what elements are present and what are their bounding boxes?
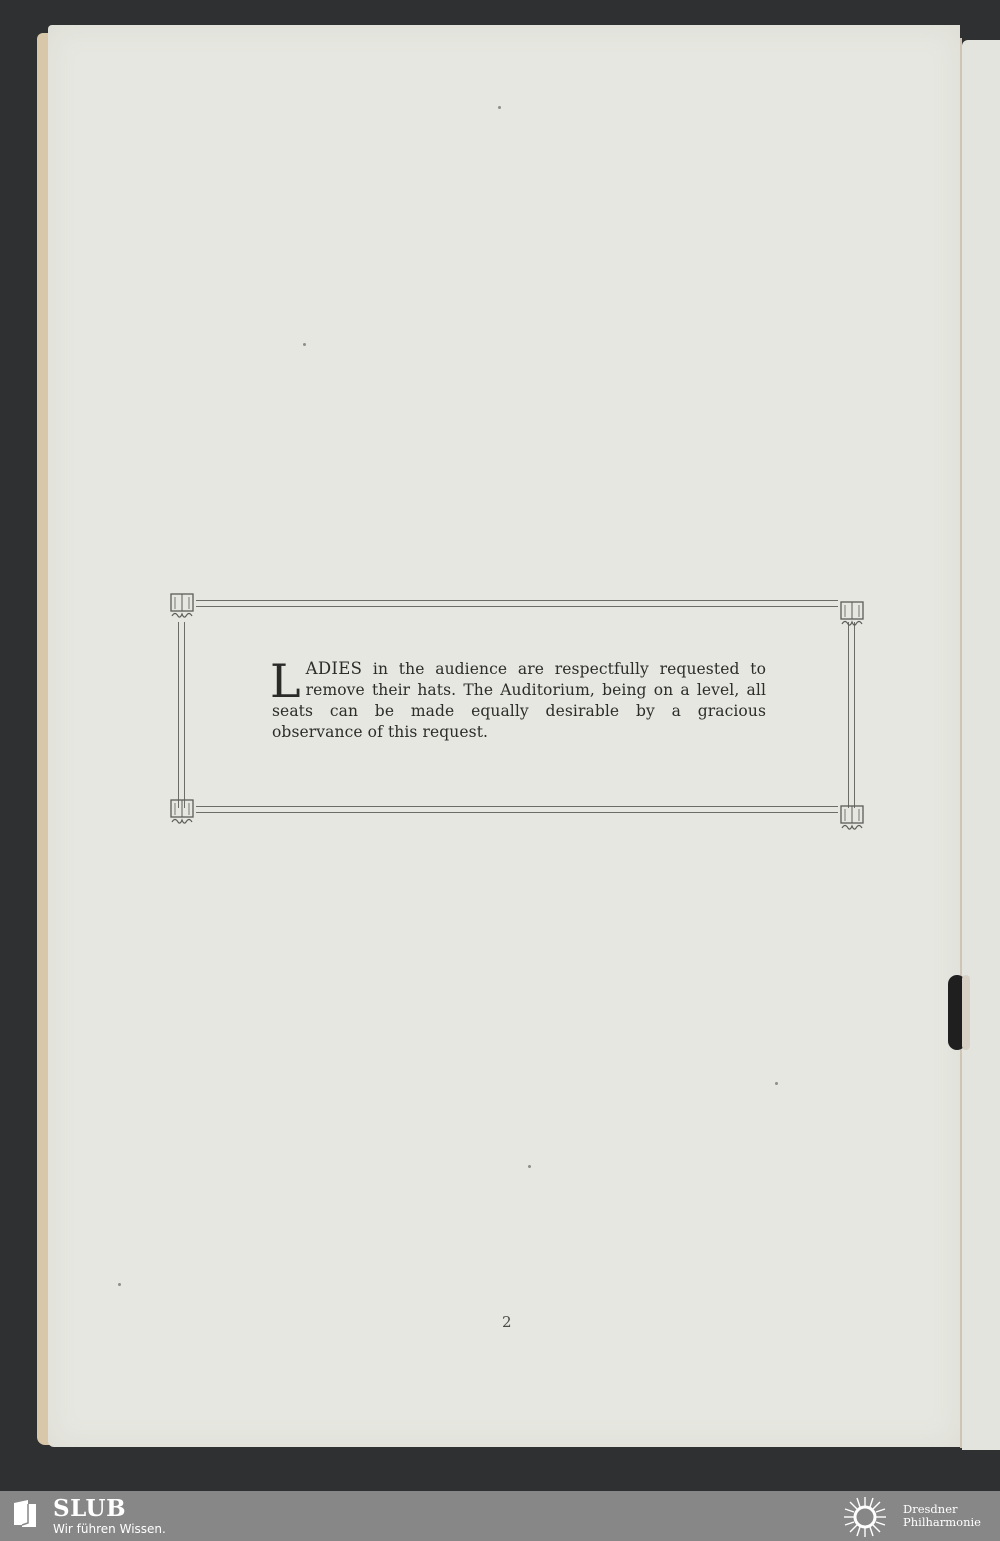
paper-speck	[118, 1283, 121, 1286]
dresdner-philharmonie-sun-icon[interactable]	[842, 1495, 888, 1539]
frame-right-rule	[848, 622, 855, 808]
binding-damage	[948, 975, 966, 1050]
book-ornament-icon	[838, 804, 866, 834]
drop-cap: L	[270, 662, 301, 700]
scan-viewer: LADIES in the audience are respectfully …	[0, 0, 1000, 1491]
notice-lead-word: ADIES	[306, 659, 363, 678]
facing-page-edge	[962, 40, 1000, 1450]
frame-left-rule	[178, 622, 185, 808]
slub-tagline: Wir führen Wissen.	[53, 1522, 166, 1536]
book-ornament-icon	[168, 592, 196, 622]
paper-speck	[775, 1082, 778, 1085]
paper-speck	[303, 343, 306, 346]
paper-speck	[498, 106, 501, 109]
frame-top-rule	[196, 600, 838, 607]
slub-book-icon[interactable]	[12, 1499, 40, 1529]
page-number: 2	[502, 1313, 512, 1331]
book-ornament-icon	[168, 798, 196, 828]
notice-paragraph: LADIES in the audience are respectfully …	[272, 658, 766, 743]
dresdner-philharmonie-name[interactable]: Dresdner Philharmonie	[903, 1503, 981, 1529]
dp-name-line2: Philharmonie	[903, 1516, 981, 1529]
frame-bottom-rule	[196, 806, 838, 813]
slub-name[interactable]: SLUB	[53, 1495, 126, 1522]
footer-bar: SLUB Wir führen Wissen. Dresdner Philhar…	[0, 1491, 1000, 1541]
paper-speck	[528, 1165, 531, 1168]
book-ornament-icon	[838, 600, 866, 630]
notice-frame: LADIES in the audience are respectfully …	[168, 592, 866, 832]
